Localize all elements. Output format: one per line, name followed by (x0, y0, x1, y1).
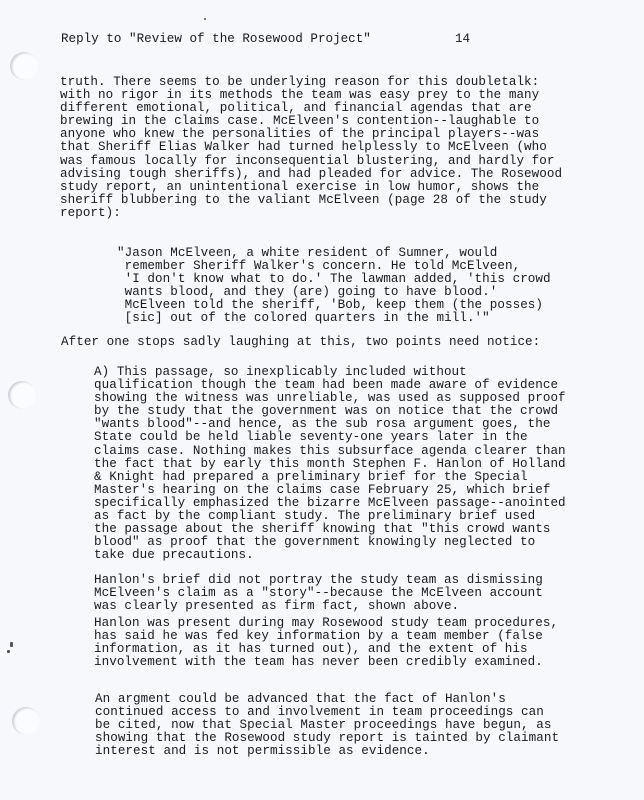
scan-speck (10, 642, 13, 647)
punch-hole-top (10, 52, 38, 80)
text-line: study report, an unintentional exercise … (60, 181, 562, 194)
running-header-title: Reply to "Review of the Rosewood Project… (61, 32, 371, 46)
paragraph-two-points: After one stops sadly laughing at this, … (61, 336, 540, 349)
point-a: A) This passage, so inexplicably include… (94, 366, 566, 562)
punch-hole-middle (8, 381, 36, 409)
document-page: Reply to "Review of the Rosewood Project… (0, 0, 644, 800)
text-line: report): (60, 207, 562, 220)
text-line: the fact that by early this month Stephe… (94, 458, 566, 471)
text-line: claims case. Nothing makes this subsurfa… (94, 445, 566, 458)
paragraph-hanlon-brief: Hanlon's brief did not portray the study… (94, 574, 543, 613)
text-line: that Sheriff Elias Walker had turned hel… (60, 141, 562, 154)
text-line: [sic] out of the colored quarters in the… (117, 312, 551, 325)
text-line: take due precautions. (94, 549, 566, 562)
paragraph-doubletalk: truth. There seems to be underlying reas… (60, 76, 562, 220)
text-line: interest and is not permissible as evide… (95, 745, 559, 758)
punch-hole-bottom (12, 707, 40, 735)
text-line: sheriff blubbering to the valiant McElve… (60, 194, 562, 207)
paragraph-argument: An argment could be advanced that the fa… (95, 693, 559, 758)
text-line: State could be held liable seventy-one y… (94, 431, 566, 444)
text-line: was clearly presented as firm fact, show… (94, 600, 543, 613)
page-number: 14 (455, 32, 470, 46)
scan-speck (204, 18, 206, 20)
block-quote-mcelveen: "Jason McElveen, a white resident of Sum… (117, 247, 551, 326)
text-line: was famous locally for inconsequential b… (60, 155, 562, 168)
text-line: advising tough sheriffs), and had pleade… (60, 168, 562, 181)
paragraph-hanlon-present: Hanlon was present during may Rosewood s… (94, 617, 558, 669)
text-line: & Knight had prepared a preliminary brie… (94, 471, 566, 484)
text-line: Master's hearing on the claims case Febr… (94, 484, 566, 497)
text-line: involvement with the team has never been… (94, 656, 558, 669)
scan-speck (7, 650, 10, 653)
